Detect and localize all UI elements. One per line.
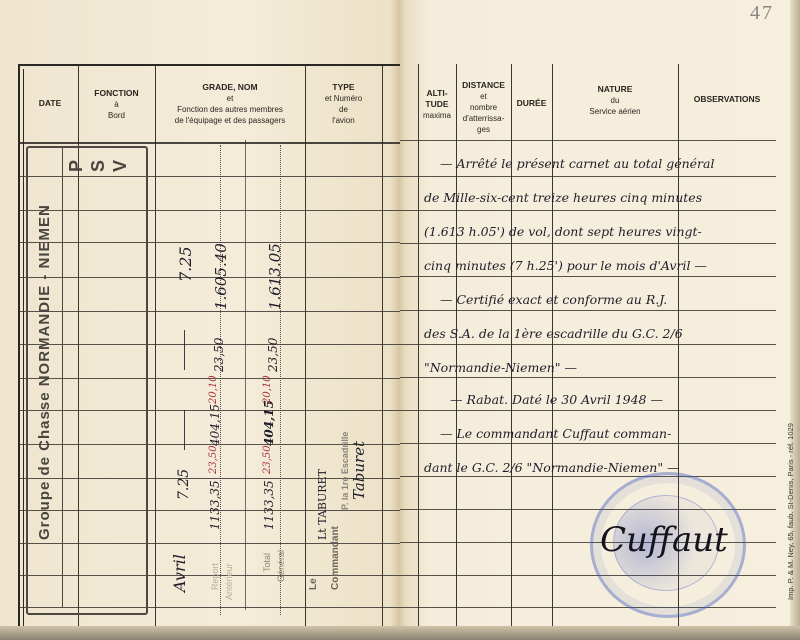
month-hours: 7.25 (176, 246, 195, 282)
cert-line-5: — Certifié exact et conforme au R.J. (440, 292, 667, 307)
header-date: DATE (22, 98, 78, 109)
month-entry: Avril (170, 554, 189, 592)
cert-line-2: de Mille-six-cent treize heures cinq min… (424, 190, 702, 205)
col-b-2-red: 23,50 (262, 445, 273, 474)
dotted-rule (220, 145, 221, 615)
col-b-4-red: 20,10 (262, 375, 273, 404)
commander-stamp-l1: Le (308, 578, 319, 590)
header-grade-nom: GRADE, NOM et Fonction des autres membre… (155, 82, 305, 126)
book-bottom-edge (0, 626, 800, 640)
general-total: 1.613.05 (266, 243, 284, 310)
header-separator (400, 140, 776, 141)
row-line (400, 276, 776, 277)
row-line (400, 377, 776, 378)
month-hours-2: 7.25 (176, 469, 192, 500)
col-a-2-red: 23,50 (208, 445, 219, 474)
commander-signature: Cuffaut (600, 520, 728, 560)
row-value-a: 23,50 (212, 338, 226, 372)
label-report: Report (210, 563, 220, 590)
previous-total: 1.605.40 (212, 243, 230, 310)
printer-imprint: Imp. P. & M. Ney, 65, faub. St-Denis, Pa… (786, 423, 795, 600)
officer-signature: Taburet (350, 441, 368, 500)
rule-distance (456, 64, 457, 634)
row-line (400, 176, 776, 177)
officer-name: Lt TABURET (316, 469, 329, 540)
row-line (400, 210, 776, 211)
stamp-letter-p: P (66, 160, 87, 172)
row-value-b: 23,50 (266, 338, 280, 372)
header-observations: OBSERVATIONS (678, 94, 776, 105)
rule-grade (305, 66, 306, 634)
header-duree: DURÉE (511, 98, 552, 109)
row-line (400, 243, 776, 244)
rule-type (382, 66, 383, 634)
label-total: Total (262, 553, 272, 572)
commander-stamp-l2: Commandant (330, 526, 341, 590)
dash-mark (184, 330, 185, 370)
rule-nature (552, 64, 553, 634)
stamp-letter-v: V (110, 160, 131, 172)
header-type-avion: TYPE et Numéro de l'avion (305, 82, 382, 126)
cert-line-10: dant le G.C. 2/6 "Normandie-Niemen" — (424, 460, 680, 475)
cert-line-3: (1.613 h.05') de vol, dont sept heures v… (424, 224, 702, 239)
col-b-1: 1133,35 (262, 480, 276, 530)
rule-duree (511, 64, 512, 634)
row-line (400, 476, 776, 477)
col-a-1: 1133,35 (208, 480, 222, 530)
col-a-3: 404,15 (208, 404, 222, 446)
row-line (400, 443, 776, 444)
row-line (400, 310, 776, 311)
cert-line-1: — Arrêté le présent carnet au total géné… (440, 156, 714, 171)
stamp-letter-s: S (88, 160, 109, 172)
unit-stamp-text: Groupe de Chasse NORMANDIE - NIEMEN (36, 204, 53, 540)
row-line (400, 410, 776, 411)
row-line (400, 607, 776, 608)
header-distance: DISTANCE et nombre d'atterrissa- ges (456, 80, 511, 135)
page-number: 47 (750, 2, 774, 25)
cert-line-6: des S.A. de la 1ère escadrille du G.C. 2… (424, 326, 683, 341)
row-line (400, 344, 776, 345)
header-separator (20, 142, 400, 144)
header-altitude: ALTI- TUDE maxima (418, 88, 456, 121)
col-b-3: 404,15 (262, 400, 276, 446)
cert-line-9: — Le commandant Cuffaut comman- (440, 426, 671, 441)
stamp-divider (62, 148, 63, 608)
dash-mark (184, 410, 185, 450)
cert-line-7: "Normandie-Niemen" — (424, 360, 577, 375)
label-general: Général (276, 550, 286, 582)
cert-line-8: — Rabat. Daté le 30 Avril 1948 — (450, 392, 663, 407)
dotted-rule (280, 145, 281, 615)
cert-line-4: cinq minutes (7 h.25') pour le mois d'Av… (424, 258, 707, 273)
commander-stamp-l3: P. la 1re Escadrille (340, 432, 350, 510)
header-nature: NATURE du Service aérien (552, 84, 678, 117)
label-anterieur: Antérieur (224, 563, 234, 600)
rule-altitude (418, 64, 419, 634)
rule-fonction (155, 66, 156, 634)
col-a-4-red: 20,10 (208, 375, 219, 404)
header-fonction: FONCTION à Bord (78, 88, 155, 121)
